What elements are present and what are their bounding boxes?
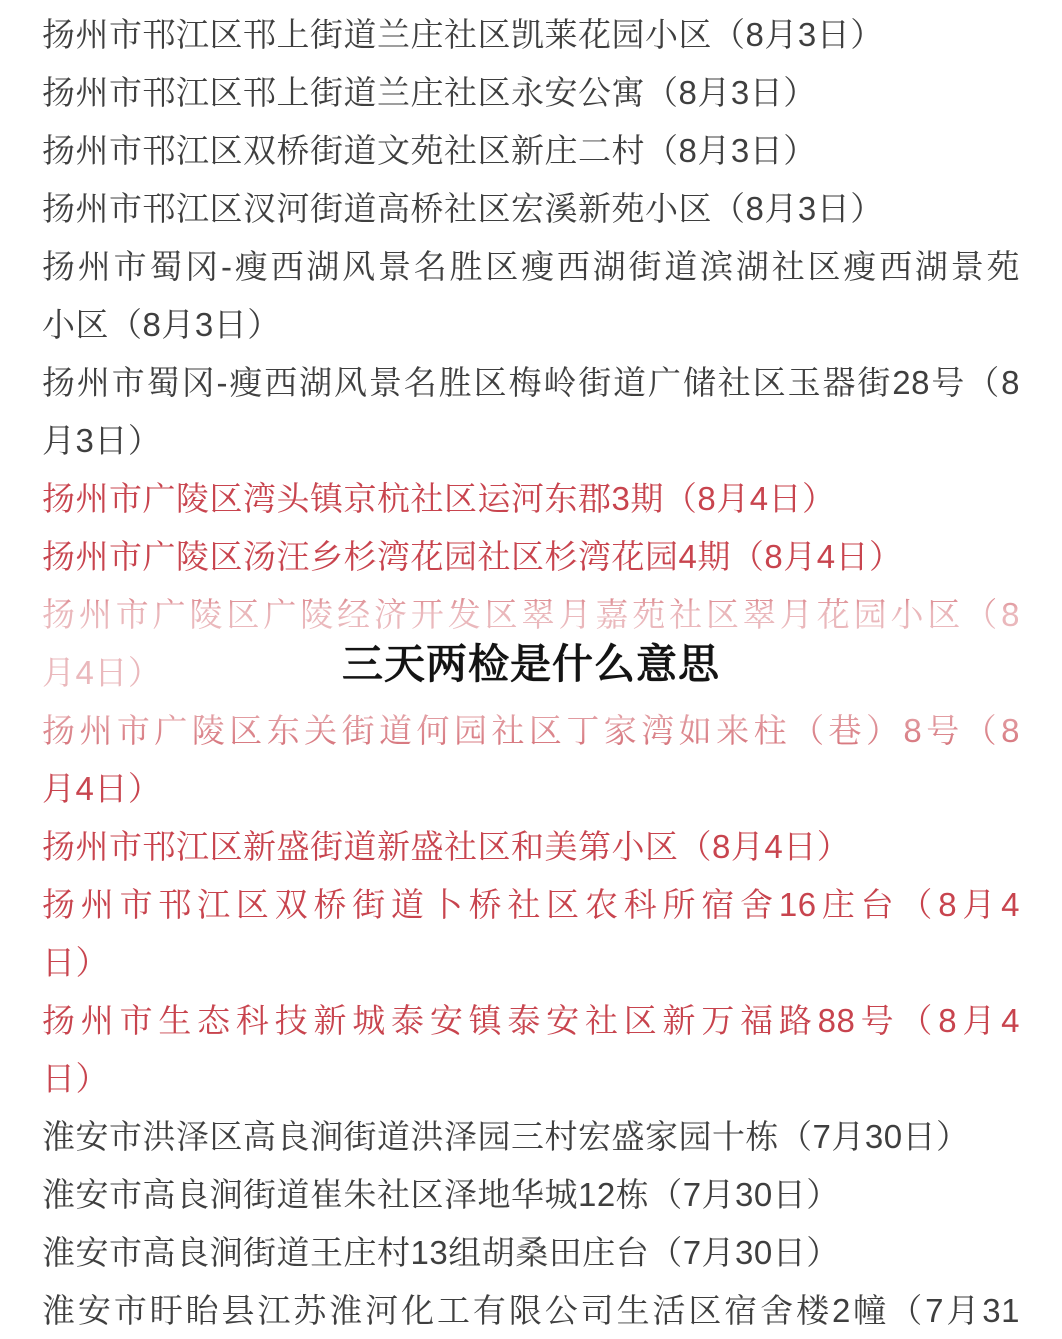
address-line: 扬州市广陵区汤汪乡杉湾花园社区杉湾花园4期（8月4日）: [42, 528, 1020, 586]
address-entry: 扬州市广陵区湾头镇京杭社区运河东郡3期（8月4日）: [42, 470, 1020, 528]
address-line: 日）: [42, 1050, 1020, 1108]
address-line: 扬州市邗江区新盛街道新盛社区和美第小区（8月4日）: [42, 818, 1020, 876]
address-line: 扬州市邗江区双桥街道文苑社区新庄二村（8月3日）: [42, 122, 1020, 180]
watermark-title: 三天两检是什么意思: [0, 640, 1062, 688]
address-entry: 扬州市邗江区双桥街道卜桥社区农科所宿舍16庄台（8月4日）: [42, 876, 1020, 992]
address-line: 日）: [42, 934, 1020, 992]
address-entry: 扬州市邗江区汊河街道高桥社区宏溪新苑小区（8月3日）: [42, 180, 1020, 238]
address-entry: 扬州市广陵区汤汪乡杉湾花园社区杉湾花园4期（8月4日）: [42, 528, 1020, 586]
address-entry: 淮安市盱眙县江苏淮河化工有限公司生活区宿舍楼2幢（7月31: [42, 1282, 1020, 1339]
address-entry: 扬州市邗江区邗上街道兰庄社区永安公寓（8月3日）: [42, 64, 1020, 122]
address-entry: 淮安市高良涧街道崔朱社区泽地华城12栋（7月30日）: [42, 1166, 1020, 1224]
address-line: 扬州市邗江区邗上街道兰庄社区凯莱花园小区（8月3日）: [42, 6, 1020, 64]
address-line: 扬州市生态科技新城泰安镇泰安社区新万福路88号（8月4: [42, 992, 1020, 1050]
address-line: 扬州市邗江区邗上街道兰庄社区永安公寓（8月3日）: [42, 64, 1020, 122]
address-entry: 扬州市广陵区东关街道何园社区丁家湾如来柱（巷）8号（8月4日）: [42, 702, 1020, 818]
address-line: 扬州市广陵区广陵经济开发区翠月嘉苑社区翠月花园小区（8: [42, 586, 1020, 644]
address-line: 扬州市蜀冈-瘦西湖风景名胜区瘦西湖街道滨湖社区瘦西湖景苑: [42, 238, 1020, 296]
address-line: 扬州市广陵区湾头镇京杭社区运河东郡3期（8月4日）: [42, 470, 1020, 528]
address-line: 月3日）: [42, 412, 1020, 470]
address-line: 扬州市广陵区东关街道何园社区丁家湾如来柱（巷）8号（8: [42, 702, 1020, 760]
address-entry: 扬州市蜀冈-瘦西湖风景名胜区梅岭街道广储社区玉器街28号（8月3日）: [42, 354, 1020, 470]
address-line: 淮安市洪泽区高良涧街道洪泽园三村宏盛家园十栋（7月30日）: [42, 1108, 1020, 1166]
address-line: 小区（8月3日）: [42, 296, 1020, 354]
address-line: 扬州市邗江区汊河街道高桥社区宏溪新苑小区（8月3日）: [42, 180, 1020, 238]
address-entry: 扬州市邗江区邗上街道兰庄社区凯莱花园小区（8月3日）: [42, 6, 1020, 64]
address-line: 淮安市高良涧街道崔朱社区泽地华城12栋（7月30日）: [42, 1166, 1020, 1224]
address-entry: 扬州市蜀冈-瘦西湖风景名胜区瘦西湖街道滨湖社区瘦西湖景苑小区（8月3日）: [42, 238, 1020, 354]
address-entry: 扬州市邗江区新盛街道新盛社区和美第小区（8月4日）: [42, 818, 1020, 876]
address-line: 扬州市蜀冈-瘦西湖风景名胜区梅岭街道广储社区玉器街28号（8: [42, 354, 1020, 412]
address-entry: 扬州市邗江区双桥街道文苑社区新庄二村（8月3日）: [42, 122, 1020, 180]
address-line: 淮安市高良涧街道王庄村13组胡桑田庄台（7月30日）: [42, 1224, 1020, 1282]
address-line: 淮安市盱眙县江苏淮河化工有限公司生活区宿舍楼2幢（7月31: [42, 1282, 1020, 1339]
address-entry: 扬州市生态科技新城泰安镇泰安社区新万福路88号（8月4日）: [42, 992, 1020, 1108]
address-line: 月4日）: [42, 760, 1020, 818]
address-line: 扬州市邗江区双桥街道卜桥社区农科所宿舍16庄台（8月4: [42, 876, 1020, 934]
address-entry: 淮安市高良涧街道王庄村13组胡桑田庄台（7月30日）: [42, 1224, 1020, 1282]
address-entry: 淮安市洪泽区高良涧街道洪泽园三村宏盛家园十栋（7月30日）: [42, 1108, 1020, 1166]
